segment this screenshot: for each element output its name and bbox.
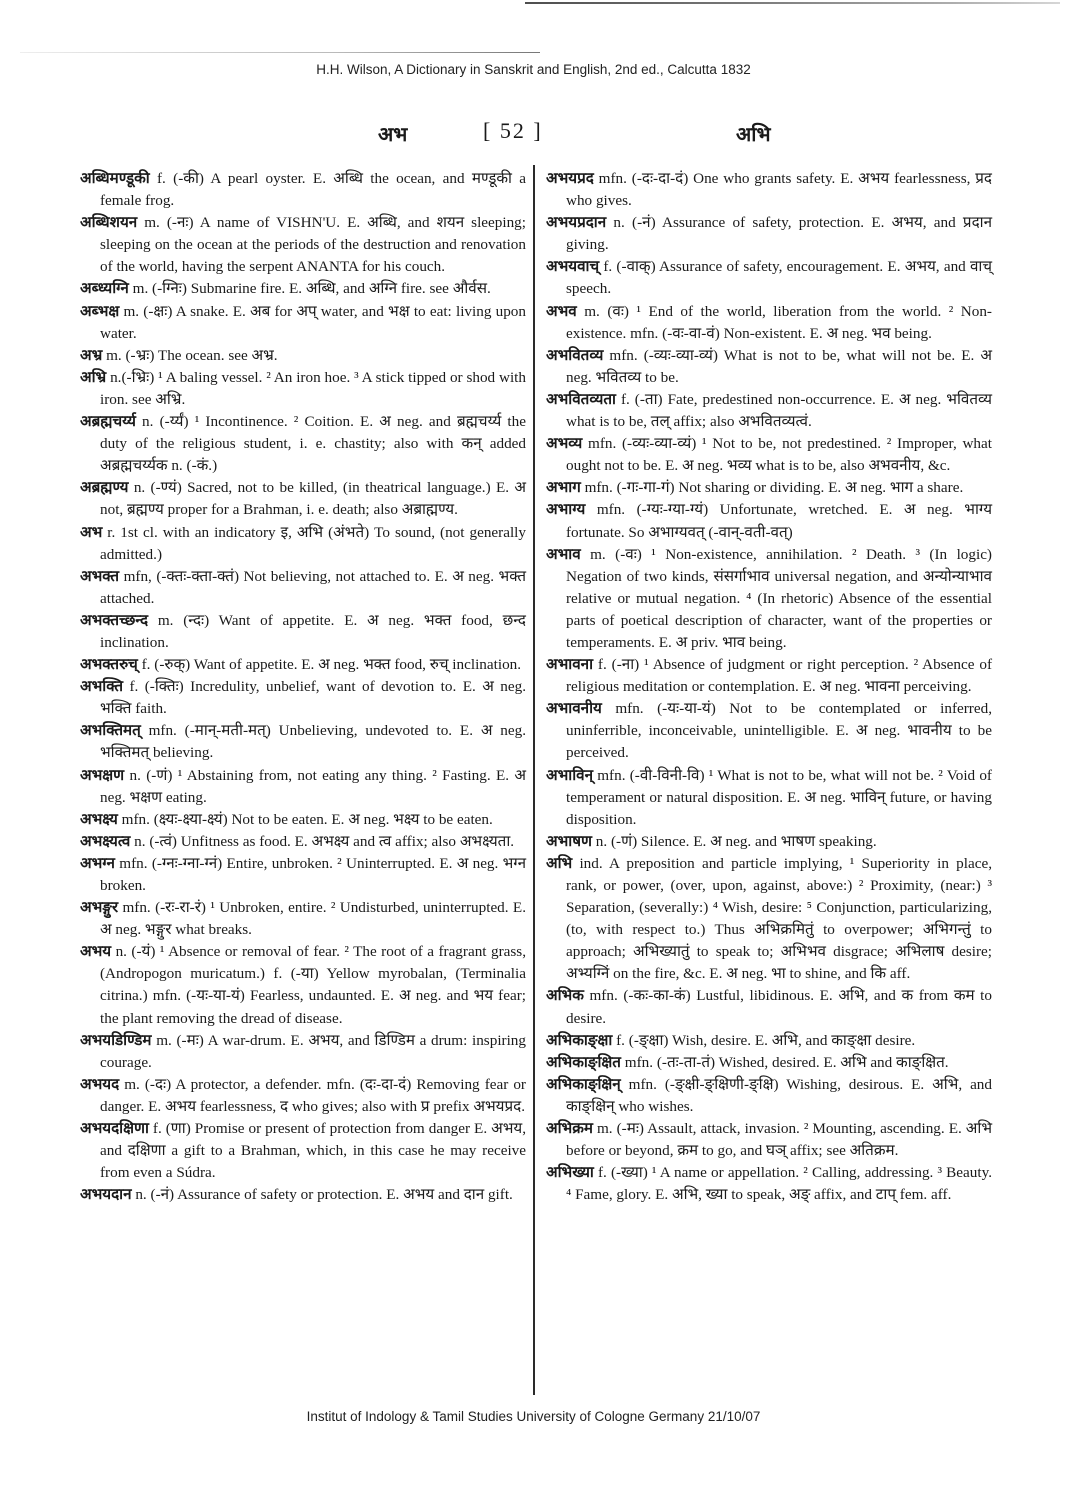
entry-definition: f. (-ता) Fate, predestined non-occurrenc…: [566, 391, 992, 430]
entry-headword: अभावना: [546, 656, 593, 673]
dictionary-entry: अभङ्गुर mfn. (-रः-रा-रं) ¹ Unbroken, ent…: [80, 897, 526, 941]
entry-headword: अभयप्रद: [546, 170, 594, 187]
entry-headword: अभव: [546, 303, 577, 320]
dictionary-entry: अभव्य mfn. (-व्यः-व्या-व्यं) ¹ Not to be…: [546, 433, 992, 477]
entry-definition: f. (-वाक्) Assurance of safety, encourag…: [566, 258, 992, 297]
entry-definition: mfn. (-गः-गा-गं) Not sharing or dividing…: [581, 479, 963, 496]
entry-headword: अभवितव्यता: [546, 391, 616, 408]
dictionary-entry: अब्भक्ष m. (-क्षः) A snake. E. अब for अप…: [80, 301, 526, 345]
entry-headword: अभक्तरुच्: [80, 656, 138, 673]
column-divider: [533, 165, 535, 1395]
dictionary-entry: अभिक mfn. (-कः-का-कं) Lustful, libidinou…: [546, 985, 992, 1029]
entry-definition: mfn. (-व्यः-व्या-व्यं) ¹ Not to be, not …: [566, 435, 992, 474]
dictionary-entry: अभक्षण n. (-णं) ¹ Abstaining from, not e…: [80, 765, 526, 809]
entry-headword: अभयदक्षिणा: [80, 1120, 149, 1137]
entry-headword: अभक्ष्य: [80, 811, 118, 828]
dictionary-entry: अभाविन् mfn. (-वी-विनी-वि) ¹ What is not…: [546, 765, 992, 831]
entry-headword: अभाविन्: [546, 767, 593, 784]
dictionary-entry: अब्रह्मचर्य्य n. (-र्य्यं) ¹ Incontinenc…: [80, 411, 526, 477]
entry-definition: n. (-र्य्यं) ¹ Incontinence. ² Coition. …: [100, 413, 526, 474]
entry-definition: n. (-णं) Silence. E. अ neg. and भाषण spe…: [592, 833, 877, 850]
dictionary-entry: अब्ध्यग्नि m. (-ग्निः) Submarine fire. E…: [80, 278, 526, 300]
dictionary-entry: अभयदक्षिणा f. (णा) Promise or present of…: [80, 1118, 526, 1184]
entry-definition: r. 1st cl. with an indicatory इ, अभि (अं…: [100, 524, 526, 563]
entry-headword: अभयडिण्डिम: [80, 1032, 152, 1049]
dictionary-entry: अभयप्रदान n. (-नं) Assurance of safety, …: [546, 212, 992, 256]
entry-definition: m. (-भ्रः) The ocean. see अभ्र.: [102, 347, 277, 364]
dictionary-entry: अभ्र m. (-भ्रः) The ocean. see अभ्र.: [80, 345, 526, 367]
entry-definition: mfn. (-दः-दा-दं) One who grants safety. …: [566, 170, 992, 209]
entry-headword: अभय: [80, 943, 111, 960]
dictionary-entry: अभक्ति f. (-क्तिः) Incredulity, unbelief…: [80, 676, 526, 720]
dictionary-entry: अभयवाच् f. (-वाक्) Assurance of safety, …: [546, 256, 992, 300]
entry-headword: अभाग: [546, 479, 581, 496]
entry-headword: अभिकाङ्क्षा: [546, 1032, 612, 1049]
entry-definition: f. (-ङ्क्षा) Wish, desire. E. अभि, and क…: [612, 1032, 915, 1049]
entry-definition: f. (-की) A pearl oyster. E. अब्धि the oc…: [100, 170, 526, 209]
dictionary-entry: अभवितव्य mfn. (-व्यः-व्या-व्यं) What is …: [546, 345, 992, 389]
entry-definition: n. (-नं) Assurance of safety or protecti…: [132, 1186, 513, 1203]
entry-headword: अब्रह्मण्य: [80, 479, 128, 496]
entry-headword: अभयवाच्: [546, 258, 599, 275]
entry-headword: अभव्य: [546, 435, 582, 452]
entry-headword: अभ: [80, 524, 102, 541]
dictionary-entry: अभक्ष्य mfn. (क्ष्यः-क्ष्या-क्ष्यं) Not …: [80, 809, 526, 831]
entry-headword: अभिक: [546, 987, 584, 1004]
entry-definition: m. (-मः) Assault, attack, invasion. ² Mo…: [566, 1120, 992, 1159]
dictionary-entry: अब्रह्मण्य n. (-ण्यं) Sacred, not to be …: [80, 477, 526, 521]
entry-definition: m. (न्दः) Want of appetite. E. अ neg. भक…: [100, 612, 526, 651]
entry-definition: f. (णा) Promise or present of protection…: [100, 1120, 526, 1181]
entry-definition: mfn. (क्ष्यः-क्ष्या-क्ष्यं) Not to be ea…: [118, 811, 493, 828]
dictionary-entry: अभयप्रद mfn. (-दः-दा-दं) One who grants …: [546, 168, 992, 212]
entry-headword: अब्ध्यग्नि: [80, 280, 129, 297]
entry-definition: f. (-ख्या) ¹ A name or appellation. ² Ca…: [566, 1164, 992, 1203]
entry-headword: अभाषण: [546, 833, 592, 850]
dictionary-entry: अभक्त mfn, (-क्तः-क्ता-क्तं) Not believi…: [80, 566, 526, 610]
entry-headword: अभयप्रदान: [546, 214, 606, 231]
dictionary-entry: अभ्रि n.(-भ्रिः) ¹ A baling vessel. ² An…: [80, 367, 526, 411]
dictionary-entry: अभक्तिमत् mfn. (-मान्-मती-मत्) Unbelievi…: [80, 720, 526, 764]
entry-definition: mfn. (-रः-रा-रं) ¹ Unbroken, entire. ² U…: [100, 899, 526, 938]
entry-headword: अभाव: [546, 546, 581, 563]
dictionary-entry: अभक्ष्यत्व n. (-त्वं) Unfitness as food.…: [80, 831, 526, 853]
entry-definition: mfn, (-क्तः-क्ता-क्तं) Not believing, no…: [100, 568, 526, 607]
entry-definition: n. (-णं) ¹ Abstaining from, not eating a…: [100, 767, 526, 806]
entry-headword: अभिकाङ्क्षित: [546, 1054, 621, 1071]
entry-headword: अभक्तिमत्: [80, 722, 141, 739]
scan-edge-line: [20, 52, 540, 53]
entry-headword: अभिकाङ्क्षिन्: [546, 1076, 621, 1093]
running-head-right: अभि: [736, 120, 771, 147]
entry-headword: अभक्ष्यत्व: [80, 833, 130, 850]
dictionary-entry: अभिख्या f. (-ख्या) ¹ A name or appellati…: [546, 1162, 992, 1206]
entry-definition: mfn. (-यः-या-यं) Not to be contemplated …: [566, 700, 992, 761]
page-number: [ 52 ]: [483, 118, 543, 144]
dictionary-entry: अभक्तच्छन्द m. (न्दः) Want of appetite. …: [80, 610, 526, 654]
dictionary-entry: अभयडिण्डिम m. (-मः) A war-drum. E. अभय, …: [80, 1030, 526, 1074]
entry-headword: अब्धिमण्डूकी: [80, 170, 150, 187]
dictionary-entry: अभिकाङ्क्षिन् mfn. (-ङ्क्षी-ङ्क्षिणी-ङ्क…: [546, 1074, 992, 1118]
dictionary-entry: अब्धिमण्डूकी f. (-की) A pearl oyster. E.…: [80, 168, 526, 212]
entry-definition: n. (-ण्यं) Sacred, not to be killed, (in…: [100, 479, 526, 518]
dictionary-entry: अभयद m. (-दः) A protector, a defender. m…: [80, 1074, 526, 1118]
entry-definition: n. (-यं) ¹ Absence or removal of fear. ²…: [100, 943, 526, 1026]
source-citation-header: H.H. Wilson, A Dictionary in Sanskrit an…: [0, 62, 1067, 77]
entry-headword: अभावनीय: [546, 700, 602, 717]
dictionary-entry: अभिक्रम m. (-मः) Assault, attack, invasi…: [546, 1118, 992, 1162]
entry-definition: n. (-नं) Assurance of safety, protection…: [566, 214, 992, 253]
dictionary-entry: अभावनीय mfn. (-यः-या-यं) Not to be conte…: [546, 698, 992, 764]
dictionary-entry: अभाग्य mfn. (-ग्यः-ग्या-ग्यं) Unfortunat…: [546, 499, 992, 543]
dictionary-entry: अभाग mfn. (-गः-गा-गं) Not sharing or div…: [546, 477, 992, 499]
scan-edge-line: [525, 2, 1060, 4]
running-head-left: अभ: [378, 120, 407, 147]
entry-definition: n. (-त्वं) Unfitness as food. E. अभक्ष्य…: [130, 833, 514, 850]
dictionary-entry: अब्धिशयन m. (-नः) A name of VISHN'U. E. …: [80, 212, 526, 278]
entry-headword: अभयदान: [80, 1186, 132, 1203]
dictionary-entry: अभाषण n. (-णं) Silence. E. अ neg. and भा…: [546, 831, 992, 853]
left-column: अब्धिमण्डूकी f. (-की) A pearl oyster. E.…: [80, 168, 526, 1206]
dictionary-entry: अभव m. (वः) ¹ End of the world, liberati…: [546, 301, 992, 345]
entry-definition: mfn. (-ङ्क्षी-ङ्क्षिणी-ङ्क्षि) Wishing, …: [566, 1076, 992, 1115]
entry-definition: m. (-क्षः) A snake. E. अब for अप् water,…: [100, 303, 526, 342]
dictionary-entry: अभ r. 1st cl. with an indicatory इ, अभि …: [80, 522, 526, 566]
entry-headword: अभङ्गुर: [80, 899, 118, 916]
entry-headword: अब्धिशयन: [80, 214, 137, 231]
entry-definition: mfn. (-ग्यः-ग्या-ग्यं) Unfortunate, wret…: [566, 501, 992, 540]
dictionary-entry: अभक्तरुच् f. (-रुक्) Want of appetite. E…: [80, 654, 526, 676]
dictionary-entry: अभावना f. (-ना) ¹ Absence of judgment or…: [546, 654, 992, 698]
dictionary-entry: अभय n. (-यं) ¹ Absence or removal of fea…: [80, 941, 526, 1029]
entry-headword: अभक्तच्छन्द: [80, 612, 148, 629]
dictionary-entry: अभाव m. (-वः) ¹ Non-existence, annihilat…: [546, 544, 992, 654]
entry-headword: अभिख्या: [546, 1164, 594, 1181]
entry-definition: mfn. (-वी-विनी-वि) ¹ What is not to be, …: [566, 767, 992, 828]
dictionary-entry: अभि ind. A preposition and particle impl…: [546, 853, 992, 986]
entry-definition: m. (-दः) A protector, a defender. mfn. (…: [100, 1076, 526, 1115]
dictionary-entry: अभवितव्यता f. (-ता) Fate, predestined no…: [546, 389, 992, 433]
entry-headword: अभक्षण: [80, 767, 124, 784]
dictionary-entry: अभग्न mfn. (-ग्नः-ग्ना-ग्नं) Entire, unb…: [80, 853, 526, 897]
entry-definition: m. (-मः) A war-drum. E. अभय, and डिण्डिम…: [100, 1032, 526, 1071]
dictionary-entry: अभिकाङ्क्षित mfn. (-तः-ता-तं) Wished, de…: [546, 1052, 992, 1074]
entry-headword: अभाग्य: [546, 501, 585, 518]
entry-definition: m. (-वः) ¹ Non-existence, annihilation. …: [566, 546, 992, 651]
entry-headword: अब्भक्ष: [80, 303, 119, 320]
footer-credit: Institut of Indology & Tamil Studies Uni…: [0, 1409, 1067, 1424]
entry-definition: mfn. (-तः-ता-तं) Wished, desired. E. अभि…: [621, 1054, 949, 1071]
entry-headword: अभक्ति: [80, 678, 123, 695]
entry-headword: अभग्न: [80, 855, 115, 872]
entry-headword: अभ्रि: [80, 369, 106, 386]
entry-headword: अभिक्रम: [546, 1120, 593, 1137]
dictionary-entry: अभिकाङ्क्षा f. (-ङ्क्षा) Wish, desire. E…: [546, 1030, 992, 1052]
entry-definition: m. (वः) ¹ End of the world, liberation f…: [566, 303, 992, 342]
entry-definition: mfn. (-ग्नः-ग्ना-ग्नं) Entire, unbroken.…: [100, 855, 526, 894]
right-column: अभयप्रद mfn. (-दः-दा-दं) One who grants …: [546, 168, 992, 1206]
dictionary-entry: अभयदान n. (-नं) Assurance of safety or p…: [80, 1184, 526, 1206]
entry-headword: अभि: [546, 855, 572, 872]
entry-definition: mfn. (-मान्-मती-मत्) Unbelieving, undevo…: [100, 722, 526, 761]
entry-headword: अभयद: [80, 1076, 119, 1093]
entry-headword: अभक्त: [80, 568, 119, 585]
entry-definition: mfn. (-व्यः-व्या-व्यं) What is not to be…: [566, 347, 992, 386]
entry-headword: अभवितव्य: [546, 347, 603, 364]
entry-headword: अब्रह्मचर्य्य: [80, 413, 136, 430]
entry-definition: m. (-ग्निः) Submarine fire. E. अब्धि, an…: [129, 280, 491, 297]
entry-definition: ind. A preposition and particle implying…: [566, 855, 992, 982]
running-head: अभ [ 52 ] अभि: [0, 118, 1067, 148]
entry-headword: अभ्र: [80, 347, 102, 364]
entry-definition: m. (-नः) A name of VISHN'U. E. अब्धि, an…: [100, 214, 526, 275]
entry-definition: f. (-रुक्) Want of appetite. E. अ neg. भ…: [138, 656, 521, 673]
entry-definition: f. (-क्तिः) Incredulity, unbelief, want …: [100, 678, 526, 717]
entry-definition: mfn. (-कः-का-कं) Lustful, libidinous. E.…: [566, 987, 992, 1026]
entry-definition: n.(-भ्रिः) ¹ A baling vessel. ² An iron …: [100, 369, 526, 408]
entry-definition: f. (-ना) ¹ Absence of judgment or right …: [566, 656, 992, 695]
